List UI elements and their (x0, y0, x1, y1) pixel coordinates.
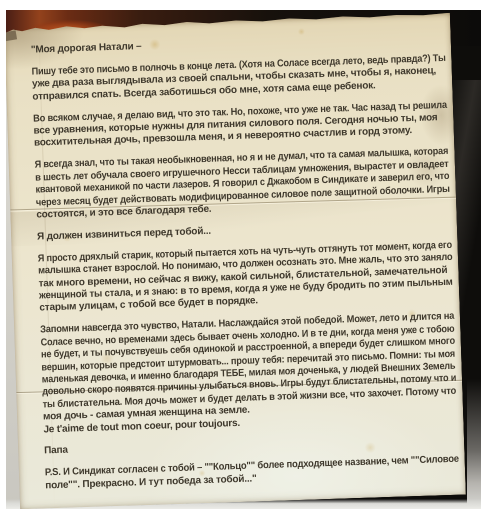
signature: Папа (44, 432, 458, 458)
letter-paper: "Моя дорогая Натали –Пишу тебе это письм… (6, 13, 466, 509)
paragraph-2: Во всяком случае, я делаю вид, что это т… (33, 100, 448, 151)
paragraph-1: Пишу тебе это письмо в полночь в конце л… (31, 53, 446, 104)
apology-line-line: Я должен извиниться перед тобой... (37, 218, 451, 244)
paragraph-5: Я просто дряхлый старик, который пытаетс… (38, 240, 454, 316)
paper-corner-fold (6, 30, 17, 41)
letter-text: "Моя дорогая Натали –Пишу тебе это письм… (31, 31, 460, 502)
screenshot-page: "Моя дорогая Натали –Пишу тебе это письм… (0, 0, 481, 512)
photo-background: "Моя дорогая Натали –Пишу тебе это письм… (6, 10, 481, 509)
signature-line: Папа (44, 432, 458, 458)
background-right-fade (467, 379, 481, 509)
salutation-line: "Моя дорогая Натали – (31, 31, 445, 57)
postscript: P.S. И Синдикат согласен с тобой – ""Кол… (45, 454, 460, 493)
apology-line: Я должен извиниться перед тобой... (37, 218, 451, 244)
paragraph-3: Я всегда знал, что ты такая необыкновенн… (35, 146, 451, 222)
paragraph-6: Запомни навсегда это чувство, Натали. На… (40, 311, 457, 436)
salutation: "Моя дорогая Натали – (31, 31, 445, 57)
